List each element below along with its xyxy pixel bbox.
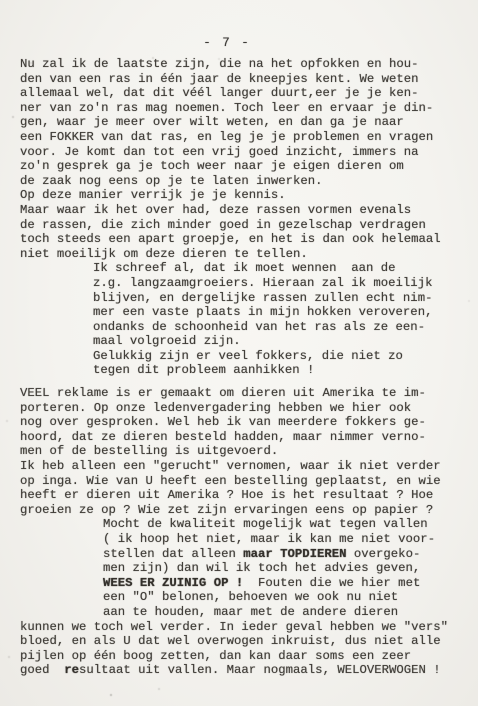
text-line: men zijn) dan wil ik toch het advies gev… bbox=[20, 561, 466, 576]
text-line: goed resultaat uit vallen. Maar nogmaals… bbox=[20, 663, 466, 678]
text-line: toch steeds een apart groepje, en het is… bbox=[20, 232, 466, 247]
text-line: gen, waar je meer over wilt weten, en da… bbox=[20, 115, 466, 130]
text-segment: bloed, en als U dat wel overwogen inkrui… bbox=[20, 634, 441, 648]
text-segment: kunnen we toch wel verder. In ieder geva… bbox=[20, 620, 448, 634]
text-line: blijven, en dergelijke rassen zullen ech… bbox=[20, 291, 466, 306]
document-text: Nu zal ik de laatste zijn, die na het op… bbox=[0, 50, 478, 678]
text-segment: toch steeds een apart groepje, en het is… bbox=[20, 232, 441, 246]
text-line: de rassen, die zich minder goed in gezel… bbox=[20, 218, 466, 233]
text-segment: de rassen, die zich minder goed in gezel… bbox=[20, 218, 426, 232]
text-segment: men zijn) dan wil ik toch het advies gev… bbox=[103, 561, 420, 575]
text-line: pijlen op één boog zetten, dan kan daar … bbox=[20, 649, 466, 664]
text-line: een FOKKER van dat ras, en leg je je pro… bbox=[20, 130, 466, 145]
text-segment: allemaal wel, dat dit véél langer duurt,… bbox=[20, 86, 418, 100]
text-segment: groeien ze op ? Wie zet zijn ervaringen … bbox=[20, 503, 433, 517]
text-line: stellen dat alleen maar TOPDIEREN overge… bbox=[20, 547, 466, 562]
text-line: z.g. langzaamgroeiers. Hieraan zal ik mo… bbox=[20, 276, 466, 291]
text-segment: Mocht de kwaliteit mogelijk wat tegen va… bbox=[103, 517, 428, 531]
text-segment: gen, waar je meer over wilt weten, en da… bbox=[20, 115, 404, 129]
text-line: heeft er dieren uit Amerika ? Hoe is het… bbox=[20, 488, 466, 503]
text-line: Gelukkig zijn er veel fokkers, die niet … bbox=[20, 349, 466, 364]
emphasized-text: WEES ER ZUINIG OP ! bbox=[103, 576, 243, 590]
text-segment: stellen dat alleen bbox=[103, 547, 243, 561]
text-line: Ik schreef al, dat ik moet wennen aan de bbox=[20, 261, 466, 276]
scanned-document-page: - 7 - Nu zal ik de laatste zijn, die na … bbox=[0, 0, 478, 706]
text-segment: ner van zo'n ras mag noemen. Toch leer e… bbox=[20, 101, 433, 115]
text-segment: porteren. Op onze ledenvergadering hebbe… bbox=[20, 401, 411, 415]
text-line: zo'n gesprek ga je toch weer naar je eig… bbox=[20, 159, 466, 174]
text-segment: hoord, dat ze dieren besteld hadden, maa… bbox=[20, 430, 426, 444]
text-segment: op inga. Wie van U heeft een bestelling … bbox=[20, 474, 441, 488]
text-line: ( ik hoop het niet, maar ik kan me niet … bbox=[20, 532, 466, 547]
text-line: mer een vaste plaats in mijn hokken vero… bbox=[20, 305, 466, 320]
text-segment: blijven, en dergelijke rassen zullen ech… bbox=[93, 291, 432, 305]
text-line: allemaal wel, dat dit véél langer duurt,… bbox=[20, 86, 466, 101]
text-segment: ( ik hoop het niet, maar ik kan me niet … bbox=[103, 532, 435, 546]
text-segment: Maar waar ik het over had, deze rassen v… bbox=[20, 203, 411, 217]
text-line: groeien ze op ? Wie zet zijn ervaringen … bbox=[20, 503, 466, 518]
text-line: hoord, dat ze dieren besteld hadden, maa… bbox=[20, 430, 466, 445]
text-segment: tegen dit probleem aanhikken ! bbox=[93, 363, 314, 377]
text-line: Ik heb alleen een "gerucht" vernomen, wa… bbox=[20, 459, 466, 474]
text-line: porteren. Op onze ledenvergadering hebbe… bbox=[20, 401, 466, 416]
text-segment: heeft er dieren uit Amerika ? Hoe is het… bbox=[20, 488, 433, 502]
text-segment: goed bbox=[20, 663, 64, 677]
text-segment: de zaak nog eens op je te laten inwerken… bbox=[20, 174, 323, 188]
text-segment: VEEL reklame is er gemaakt om dieren uit… bbox=[20, 386, 426, 400]
text-line: voor. Je komt dan tot een vrij goed inzi… bbox=[20, 145, 466, 160]
text-segment: nog over gesproken. Wel heb ik van meerd… bbox=[20, 415, 426, 429]
text-segment: pijlen op één boog zetten, dan kan daar … bbox=[20, 649, 411, 663]
text-line: men of de bestelling is uitgevoerd. bbox=[20, 444, 466, 459]
text-line: de zaak nog eens op je te laten inwerken… bbox=[20, 174, 466, 189]
text-segment: Ik heb alleen een "gerucht" vernomen, wa… bbox=[20, 459, 441, 473]
text-line: kunnen we toch wel verder. In ieder geva… bbox=[20, 620, 466, 635]
text-segment: Fouten die we hier met bbox=[243, 576, 420, 590]
text-line: den van een ras in één jaar de kneepjes … bbox=[20, 72, 466, 87]
text-segment: men of de bestelling is uitgevoerd. bbox=[20, 444, 278, 458]
text-line: bloed, en als U dat wel overwogen inkrui… bbox=[20, 634, 466, 649]
text-line: Nu zal ik de laatste zijn, die na het op… bbox=[20, 57, 466, 72]
text-segment: Op deze manier verrijk je je kennis. bbox=[20, 188, 286, 202]
text-line: Mocht de kwaliteit mogelijk wat tegen va… bbox=[20, 517, 466, 532]
emphasized-text: maar TOPDIEREN bbox=[243, 547, 346, 561]
text-line: een "O" belonen, behoeven we ook nu niet bbox=[20, 590, 466, 605]
text-segment: mer een vaste plaats in mijn hokken vero… bbox=[93, 305, 432, 319]
text-line: nog over gesproken. Wel heb ik van meerd… bbox=[20, 415, 466, 430]
text-segment: ondanks de schoonheid van het ras als ze… bbox=[93, 320, 425, 334]
text-line: maal volgroeid zijn. bbox=[20, 334, 466, 349]
text-line: tegen dit probleem aanhikken ! bbox=[20, 363, 466, 378]
text-line: op inga. Wie van U heeft een bestelling … bbox=[20, 474, 466, 489]
page-number: - 7 - bbox=[0, 0, 466, 50]
text-segment: niet moeilijk om deze dieren te tellen. bbox=[20, 247, 308, 261]
text-line: Maar waar ik het over had, deze rassen v… bbox=[20, 203, 466, 218]
text-segment: Gelukkig zijn er veel fokkers, die niet … bbox=[93, 349, 403, 363]
text-segment: Ik schreef al, dat ik moet wennen aan de bbox=[93, 261, 396, 275]
text-segment: maal volgroeid zijn. bbox=[93, 334, 241, 348]
text-segment: een FOKKER van dat ras, en leg je je pro… bbox=[20, 130, 433, 144]
text-line: ner van zo'n ras mag noemen. Toch leer e… bbox=[20, 101, 466, 116]
emphasized-text: re bbox=[64, 663, 79, 677]
text-segment: zo'n gesprek ga je toch weer naar je eig… bbox=[20, 159, 404, 173]
text-segment: aan te houden, maar met de andere dieren bbox=[103, 605, 398, 619]
text-segment: den van een ras in één jaar de kneepjes … bbox=[20, 72, 418, 86]
text-line: Op deze manier verrijk je je kennis. bbox=[20, 188, 466, 203]
text-segment: z.g. langzaamgroeiers. Hieraan zal ik mo… bbox=[93, 276, 432, 290]
text-segment: voor. Je komt dan tot een vrij goed inzi… bbox=[20, 145, 418, 159]
text-line: ondanks de schoonheid van het ras als ze… bbox=[20, 320, 466, 335]
text-segment: overgeko- bbox=[347, 547, 421, 561]
text-segment: een "O" belonen, behoeven we ook nu niet bbox=[103, 590, 398, 604]
text-line: WEES ER ZUINIG OP ! Fouten die we hier m… bbox=[20, 576, 466, 591]
text-segment: sultaat uit vallen. Maar nogmaals, WELOV… bbox=[79, 663, 441, 677]
text-line: VEEL reklame is er gemaakt om dieren uit… bbox=[20, 386, 466, 401]
text-line: aan te houden, maar met de andere dieren bbox=[20, 605, 466, 620]
text-line: niet moeilijk om deze dieren te tellen. bbox=[20, 247, 466, 262]
text-segment: Nu zal ik de laatste zijn, die na het op… bbox=[20, 57, 418, 71]
